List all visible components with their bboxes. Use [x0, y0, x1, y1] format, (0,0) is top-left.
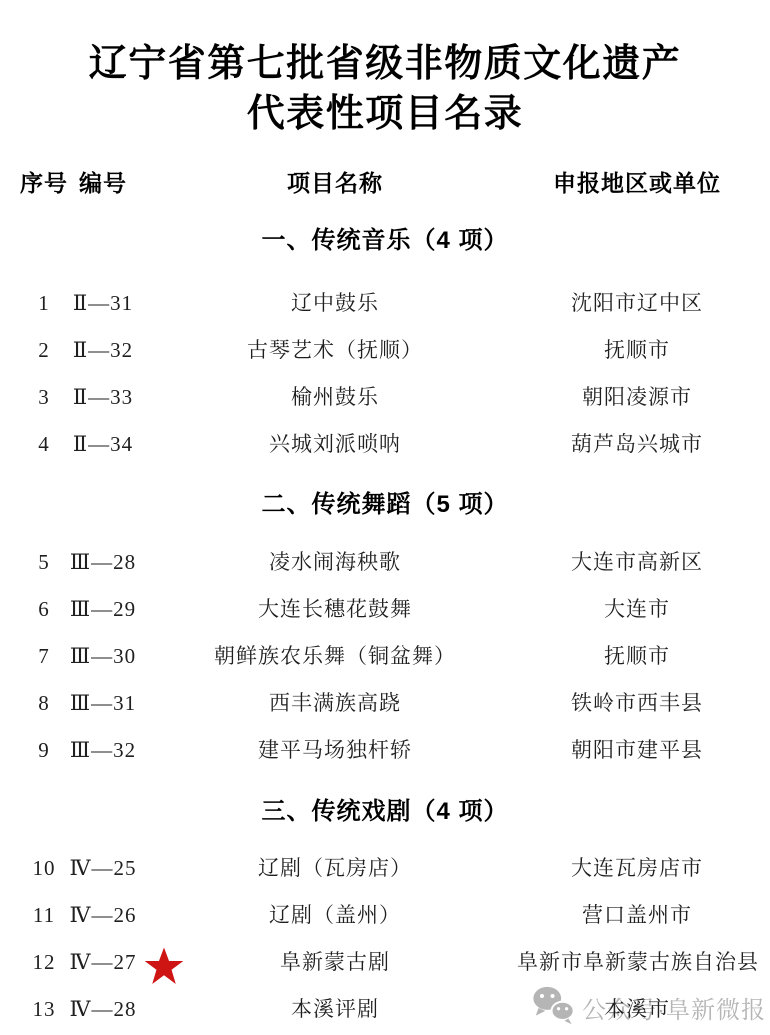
- row-name: 古琴艺术（抚顺）: [135, 335, 535, 365]
- row-name: 阜新蒙古剧: [135, 947, 535, 977]
- row-region: 葫芦岛兴城市: [517, 429, 757, 459]
- table-row: 1 Ⅱ—31 辽中鼓乐 沈阳市辽中区: [0, 288, 770, 318]
- column-header-name: 项目名称: [135, 168, 535, 198]
- section-heading-music: 一、传统音乐（4 项）: [0, 226, 770, 256]
- table-row: 2 Ⅱ—32 古琴艺术（抚顺） 抚顺市: [0, 335, 770, 365]
- table-header-row: 序号 编号 项目名称 申报地区或单位: [0, 168, 770, 198]
- row-region: 大连市高新区: [517, 547, 757, 577]
- row-region: 朝阳市建平县: [517, 735, 757, 765]
- table-row: 8 Ⅲ—31 西丰满族高跷 铁岭市西丰县: [0, 688, 770, 718]
- row-name: 建平马场独杆轿: [135, 735, 535, 765]
- page-title-line1: 辽宁省第七批省级非物质文化遗产: [0, 39, 770, 89]
- red-star-icon: [143, 945, 185, 987]
- page-title-line2: 代表性项目名录: [0, 89, 770, 139]
- column-header-region: 申报地区或单位: [517, 168, 757, 198]
- row-name: 本溪评剧: [135, 994, 535, 1024]
- table-row: 5 Ⅲ—28 凌水闹海秧歌 大连市高新区: [0, 547, 770, 577]
- row-region: 朝阳凌源市: [517, 382, 757, 412]
- row-name: 朝鲜族农乐舞（铜盆舞）: [135, 641, 535, 671]
- section-heading-drama: 三、传统戏剧（4 项）: [0, 797, 770, 827]
- row-name: 辽中鼓乐: [135, 288, 535, 318]
- row-name: 兴城刘派唢呐: [135, 429, 535, 459]
- row-name: 辽剧（瓦房店）: [135, 853, 535, 883]
- row-region: 营口盖州市: [517, 900, 757, 930]
- row-region: 大连市: [517, 594, 757, 624]
- table-row: 13 Ⅳ—28 本溪评剧 本溪市: [0, 994, 770, 1024]
- document-page: 辽宁省第七批省级非物质文化遗产 代表性项目名录 序号 编号 项目名称 申报地区或…: [0, 0, 770, 1035]
- table-row-starred: 12 Ⅳ—27 阜新蒙古剧 阜新市阜新蒙古族自治县: [0, 947, 770, 977]
- row-region: 沈阳市辽中区: [517, 288, 757, 318]
- row-region: 抚顺市: [517, 641, 757, 671]
- table-row: 3 Ⅱ—33 榆州鼓乐 朝阳凌源市: [0, 382, 770, 412]
- page-title: 辽宁省第七批省级非物质文化遗产 代表性项目名录: [0, 39, 770, 139]
- table-row: 11 Ⅳ—26 辽剧（盖州） 营口盖州市: [0, 900, 770, 930]
- row-region: 阜新市阜新蒙古族自治县: [517, 947, 757, 977]
- table-row: 10 Ⅳ—25 辽剧（瓦房店） 大连瓦房店市: [0, 853, 770, 883]
- row-region: 大连瓦房店市: [517, 853, 757, 883]
- table-row: 6 Ⅲ—29 大连长穗花鼓舞 大连市: [0, 594, 770, 624]
- section-heading-dance: 二、传统舞蹈（5 项）: [0, 490, 770, 520]
- row-name: 辽剧（盖州）: [135, 900, 535, 930]
- table-row: 7 Ⅲ—30 朝鲜族农乐舞（铜盆舞） 抚顺市: [0, 641, 770, 671]
- row-region: 本溪市: [517, 994, 757, 1024]
- row-region: 铁岭市西丰县: [517, 688, 757, 718]
- table-row: 4 Ⅱ—34 兴城刘派唢呐 葫芦岛兴城市: [0, 429, 770, 459]
- row-name: 榆州鼓乐: [135, 382, 535, 412]
- row-name: 大连长穗花鼓舞: [135, 594, 535, 624]
- row-name: 西丰满族高跷: [135, 688, 535, 718]
- row-name: 凌水闹海秧歌: [135, 547, 535, 577]
- table-row: 9 Ⅲ—32 建平马场独杆轿 朝阳市建平县: [0, 735, 770, 765]
- row-region: 抚顺市: [517, 335, 757, 365]
